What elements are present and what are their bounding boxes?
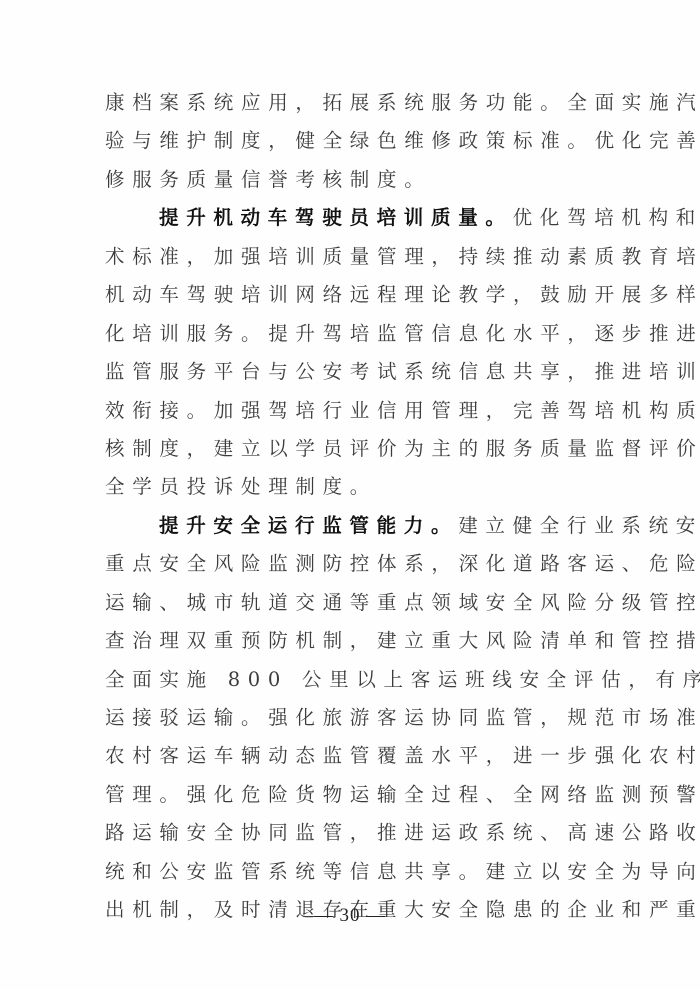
text-line: 重点安全风险监测防控体系，深化道路客运、危险货物道路: [105, 545, 597, 583]
text-line: 术标准，加强培训质量管理，持续推动素质教育培训。推广: [105, 238, 597, 276]
paragraph-first-line: 提升机动车驾驶员培训质量。优化驾培机构和教练场技: [105, 199, 597, 237]
text-line: 修服务质量信誉考核制度。: [105, 161, 597, 199]
paragraph-heading: 提升安全运行监管能力。: [159, 514, 458, 537]
text-line: 康档案系统应用，拓展系统服务功能。全面实施汽车排放检: [105, 84, 597, 122]
text-line: 统和公安监管系统等信息共享。建立以安全为导向的市场退: [105, 853, 597, 891]
text-line: 管理。强化危险货物运输全过程、全网络监测预警。推动道: [105, 776, 597, 814]
text-line: 查治理双重预防机制，建立重大风险清单和管控措施清单。: [105, 622, 597, 660]
text-line: 核制度，建立以学员评价为主的服务质量监督评价机制，健: [105, 430, 597, 468]
text-line: 效衔接。加强驾培行业信用管理，完善驾培机构质量信誉考: [105, 392, 597, 430]
text-line: 运接驳运输。强化旅游客运协同监管，规范市场准入。提升: [105, 699, 597, 737]
text-line: 验与维护制度，健全绿色维修政策标准。优化完善机动车维: [105, 122, 597, 160]
text-line: 路运输安全协同监管，推进运政系统、高速公路收费管理系: [105, 814, 597, 852]
text-line: 化培训服务。提升驾培监管信息化水平，逐步推进驾驶培训: [105, 315, 597, 353]
text-line: 监管服务平台与公安考试系统信息共享，推进培训与考试有: [105, 353, 597, 391]
text-span: 建立健全行业系统安全风险和: [458, 514, 700, 537]
text-span: 优化驾培机构和教练场技: [513, 206, 700, 229]
text-line: 全面实施 800 公里以上客运班线安全评估，有序做好道路客: [105, 661, 597, 699]
paragraph-heading: 提升机动车驾驶员培训质量。: [159, 206, 513, 229]
text-line: 运输、城市轨道交通等重点领域安全风险分级管控和隐患排: [105, 584, 597, 622]
document-page: 康档案系统应用，拓展系统服务功能。全面实施汽车排放检 验与维护制度，健全绿色维修…: [0, 0, 700, 990]
page-number: — 30 —: [0, 905, 700, 927]
text-line: 机动车驾驶培训网络远程理论教学，鼓励开展多样性、定制: [105, 276, 597, 314]
text-line: 农村客运车辆动态监管覆盖水平，进一步强化农村客运安全: [105, 737, 597, 775]
paragraph-first-line: 提升安全运行监管能力。建立健全行业系统安全风险和: [105, 507, 597, 545]
text-line: 全学员投诉处理制度。: [105, 468, 597, 506]
body-text: 康档案系统应用，拓展系统服务功能。全面实施汽车排放检 验与维护制度，健全绿色维修…: [105, 84, 597, 930]
